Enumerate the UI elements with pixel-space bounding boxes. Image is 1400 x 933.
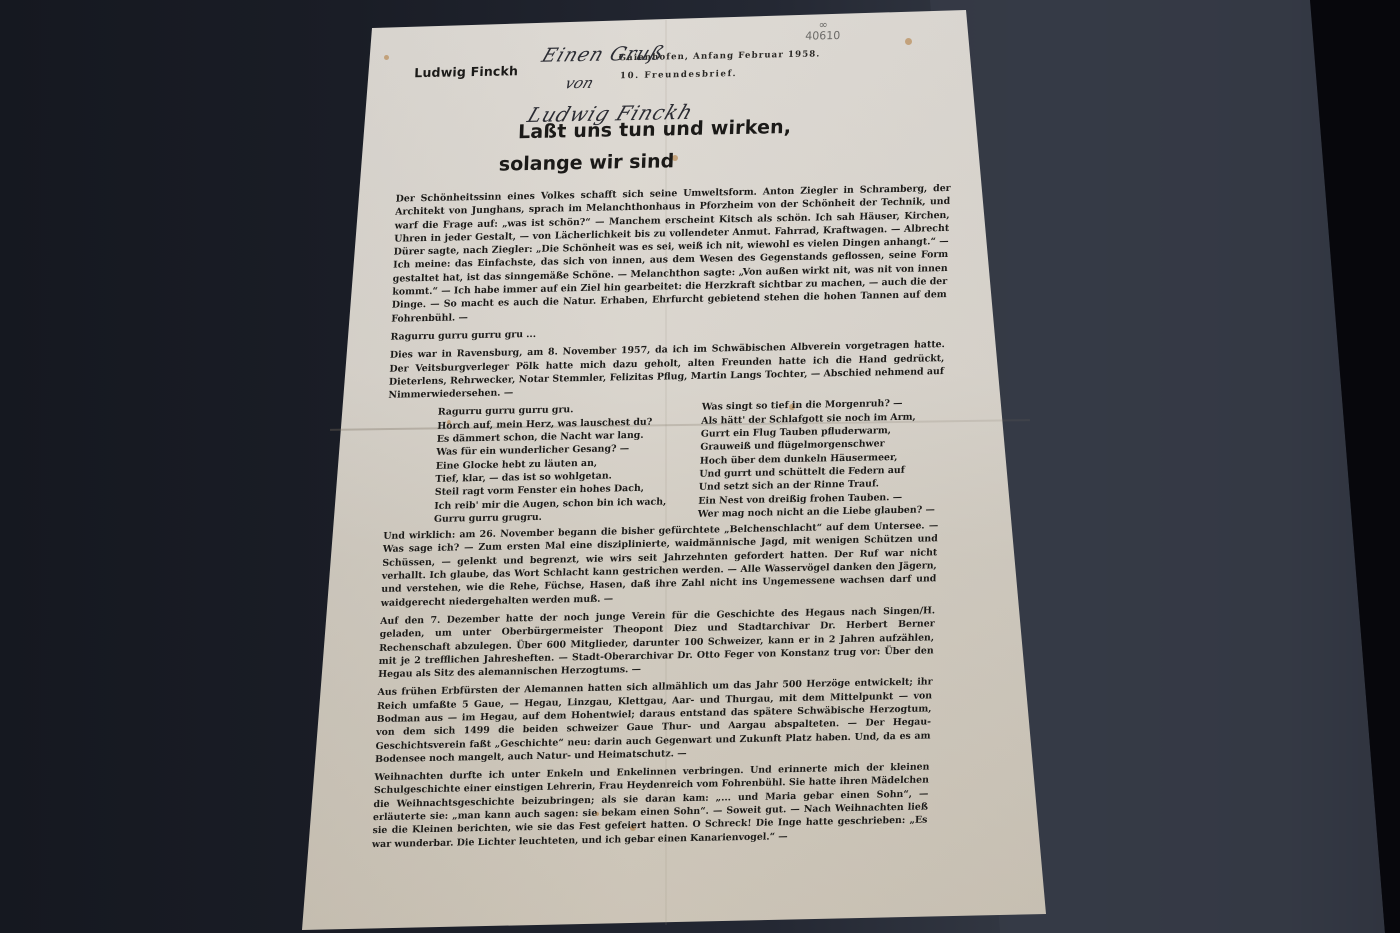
poem-right-column: Was singt so tief in die Morgenruh? — Al… [698, 397, 932, 521]
letter-page: ∞ 40610 Ludwig Finckh Gaienhofen, Anfang… [339, 16, 992, 919]
handwritten-greeting-line1: Einen Gruß [539, 42, 668, 66]
paragraph-alemannen: Aus frühen Erbfürsten der Alemannen hatt… [375, 676, 933, 767]
paragraph-ravensburg: Dies war in Ravensburg, am 8. November 1… [388, 338, 945, 402]
handwritten-greeting-line2: von [563, 74, 597, 93]
title-line-1: Laßt uns tun und wirken, [518, 116, 792, 143]
archive-number: 40610 [805, 30, 840, 42]
paragraph-weihnachten: Weihnachten durfte ich unter Enkeln und … [372, 761, 930, 852]
poem: Ragurru gurru gurru gru. Horch auf, mein… [384, 397, 943, 527]
title-line-2: solange wir sind [498, 150, 674, 175]
paragraph-hegau-verein: Auf den 7. Dezember hatte der noch junge… [378, 604, 935, 681]
poem-left-column: Ragurru gurru gurru gru. Horch auf, mein… [434, 402, 668, 526]
letter-number: 10. Freundesbrief. [620, 69, 738, 81]
letter-body: Der Schönheitssinn eines Volkes schafft … [372, 182, 951, 856]
archive-pencil-mark: ∞ 40610 [805, 19, 841, 42]
paragraph-beauty: Der Schönheitssinn eines Volkes schafft … [391, 182, 951, 326]
letter-author: Ludwig Finckh [414, 63, 518, 80]
paragraph-belchenschlacht: Und wirklich: am 26. November begann die… [381, 519, 939, 610]
